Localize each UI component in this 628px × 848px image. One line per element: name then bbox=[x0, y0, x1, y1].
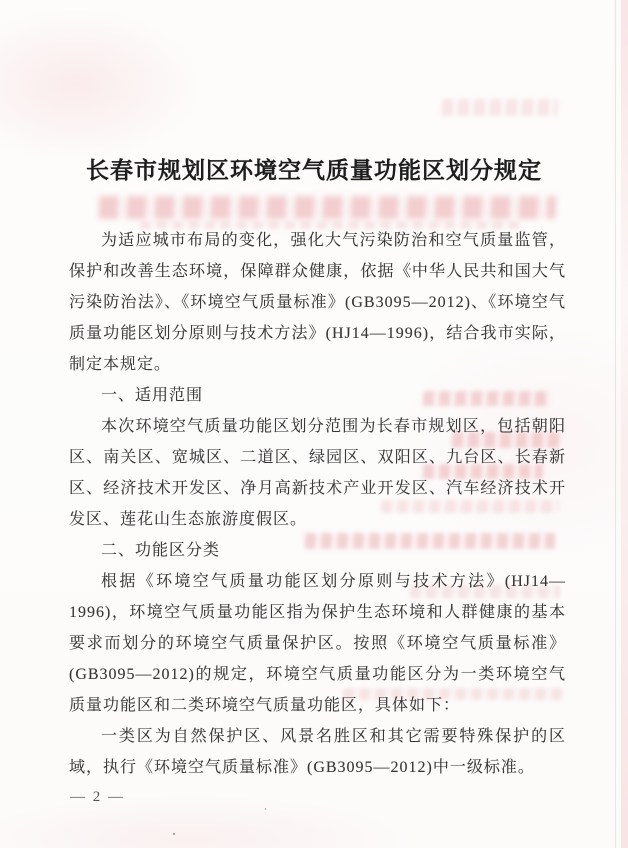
scan-edge-line bbox=[615, 0, 616, 848]
section2-paragraph: 根据《环境空气质量功能区划分原则与技术方法》(HJ14—1996)，环境空气质量… bbox=[69, 566, 566, 721]
document-title: 长春市规划区环境空气质量功能区划分规定 bbox=[0, 152, 628, 185]
section2-paragraph-2: 一类区为自然保护区、风景名胜区和其它需要特殊保护的区域，执行《环境空气质量标准》… bbox=[69, 721, 566, 783]
scan-edge-pink-band bbox=[621, 0, 628, 848]
scan-speck bbox=[265, 808, 266, 810]
section1-heading: 一、适用范围 bbox=[69, 380, 566, 411]
section2-heading: 二、功能区分类 bbox=[69, 535, 566, 566]
document-body: 为适应城市布局的变化，强化大气污染防治和空气质量监管，保护和改善生态环境，保障群… bbox=[69, 225, 566, 783]
scan-speck bbox=[173, 833, 175, 835]
intro-paragraph: 为适应城市布局的变化，强化大气污染防治和空气质量监管，保护和改善生态环境，保障群… bbox=[69, 225, 566, 380]
scanned-document-page: 长春市规划区环境空气质量功能区划分规定 为适应城市布局的变化，强化大气污染防治和… bbox=[0, 0, 628, 848]
ink-bleed-title-artifact bbox=[99, 196, 557, 219]
page-number: — 2 — bbox=[70, 787, 125, 807]
section1-paragraph: 本次环境空气质量功能区划分范围为长春市规划区，包括朝阳区、南关区、宽城区、二道区… bbox=[69, 411, 566, 535]
ink-bleed-serial-number-artifact bbox=[442, 99, 559, 116]
